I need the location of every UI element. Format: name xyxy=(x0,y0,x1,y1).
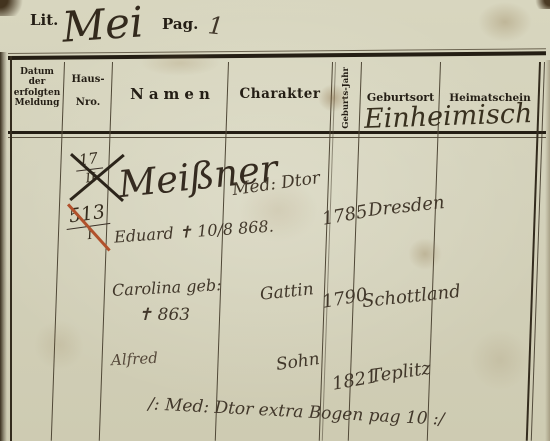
header-bottom-rule-thin xyxy=(8,137,546,138)
row3-geburtsort: Teplitz xyxy=(369,360,432,386)
lit-value-handwritten: Mei xyxy=(61,1,145,49)
page-corner-shadow-top-left xyxy=(0,0,26,16)
header-haus-line1: Haus- xyxy=(64,74,112,86)
pag-label: Pag. xyxy=(162,16,206,33)
register-page-photo: Lit. Mei Pag. 1 Datum der erfolgten Meld… xyxy=(0,0,550,441)
header-namen: Namen xyxy=(112,86,228,103)
row2-geburtsort: Schottland xyxy=(361,283,461,311)
paper-stain xyxy=(408,238,442,270)
pag-value-handwritten: 1 xyxy=(207,13,225,38)
column-divider-datum-haus xyxy=(51,62,65,441)
row2-name: Carolina geb: xyxy=(112,277,222,299)
column-divider-haus-namen xyxy=(99,62,113,441)
row3-name: Alfred xyxy=(111,351,159,368)
column-divider-charakter-jahr xyxy=(319,62,333,441)
row3-charakter: Sohn xyxy=(275,351,321,374)
header-datum-line4: Meldung xyxy=(10,98,64,108)
row1-firstname-death: Eduard ✝ 10/8 868. xyxy=(114,218,275,245)
header-geburtsjahr: Geburts-Jahr xyxy=(342,67,352,129)
einheimisch-note-handwritten: Einheimisch xyxy=(364,100,533,133)
footnote-handwritten: /: Med: Dtor extra Bogen pag 10 :/ xyxy=(148,396,445,428)
table-left-border xyxy=(10,56,12,441)
page-edge-shadow-left xyxy=(0,52,7,441)
header-charakter: Charakter xyxy=(228,87,332,103)
paper-stain xyxy=(34,320,84,370)
page-edge-shadow-right xyxy=(545,60,550,441)
header-datum: Datum der erfolgten Meldung xyxy=(10,67,64,108)
column-divider-namen-charakter xyxy=(215,62,229,441)
header-geburtsjahr-cell: Geburts-Jahr xyxy=(332,62,361,134)
header-haus-line2: Nro. xyxy=(64,97,112,109)
paper-stain xyxy=(470,330,530,390)
header-datum-line2: der xyxy=(10,77,64,87)
paper-stain xyxy=(478,2,532,42)
row1-geburtsjahr: 1785 xyxy=(321,203,369,229)
page-corner-shadow-top-right xyxy=(534,0,550,9)
header-bottom-rule-thick xyxy=(8,131,546,134)
row2-charakter: Gattin xyxy=(259,281,314,304)
row2-death: ✝ 863 xyxy=(138,307,190,324)
header-datum-line3: erfolgten xyxy=(10,88,64,98)
header-datum-line1: Datum xyxy=(10,67,64,77)
